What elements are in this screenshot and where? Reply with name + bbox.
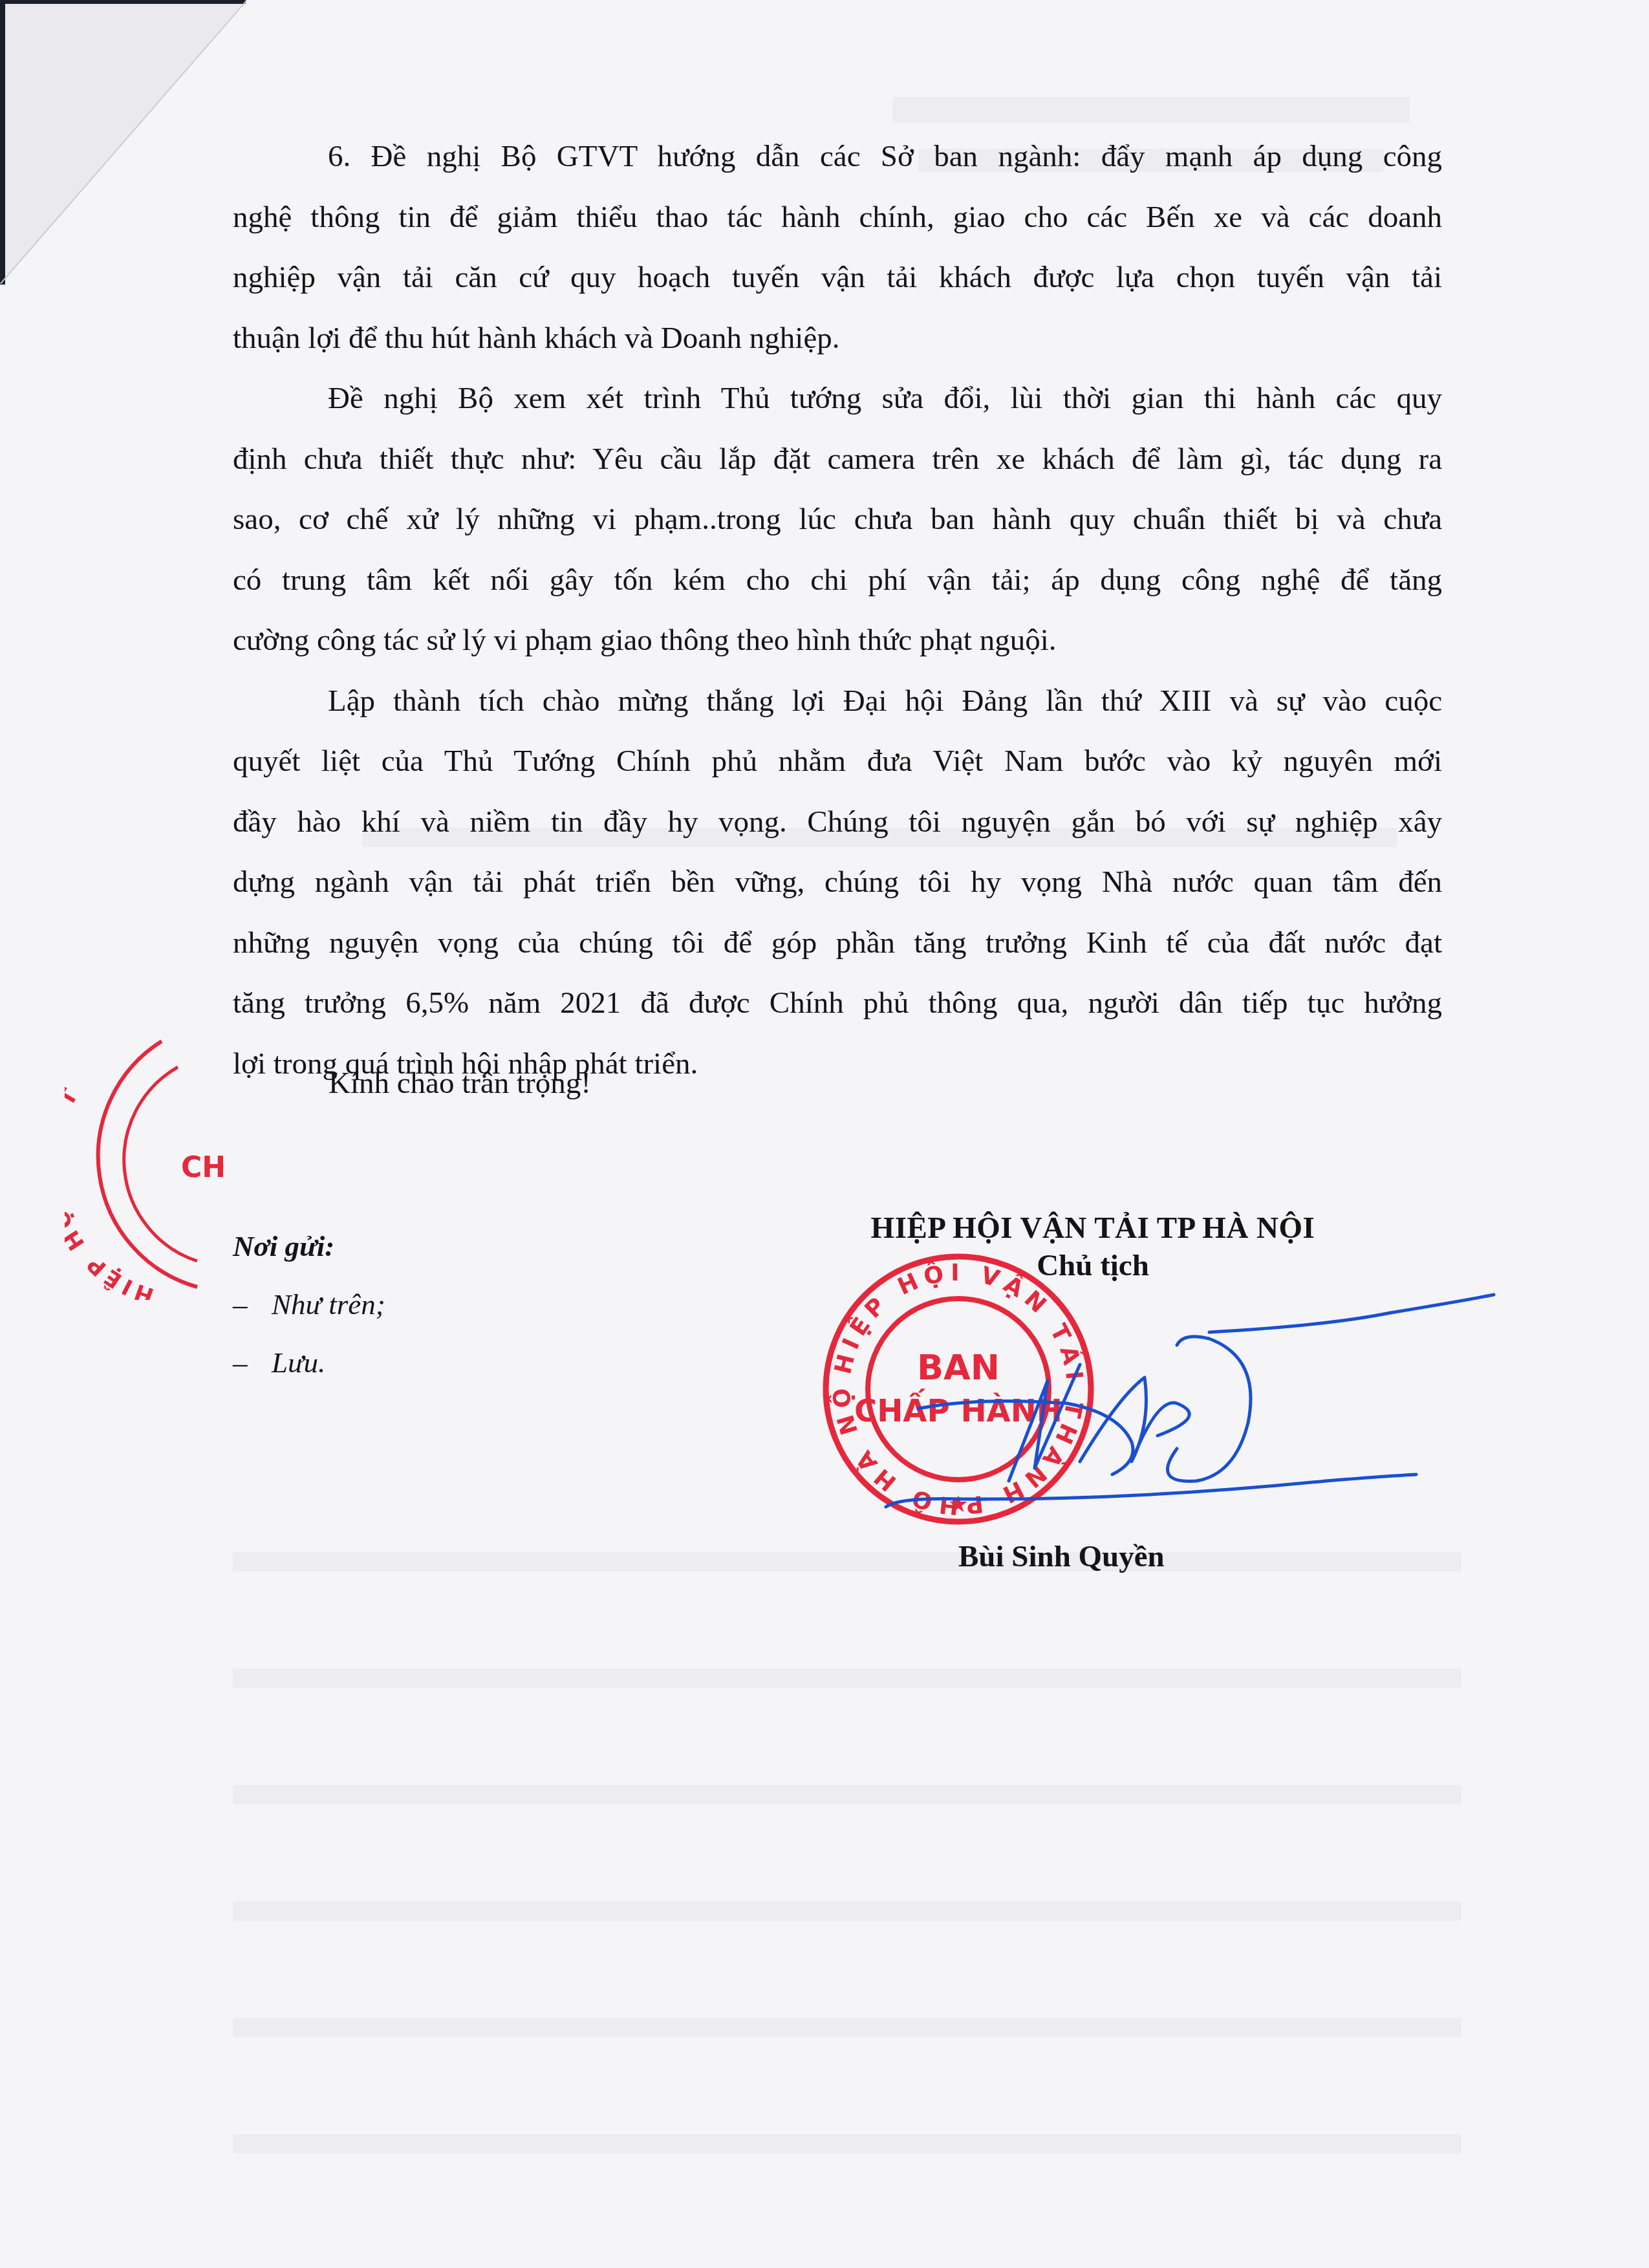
scanned-page: 6. Đề nghị Bộ GTVT hướng dẫn các Sở ban … [0,0,1649,2268]
recipient-item: –Lưu. [233,1334,385,1392]
recipients-heading: Nơi gửi: [233,1217,385,1275]
text-line: quyết liệt của Thủ Tướng Chính phủ nhằm … [138,731,1442,792]
scan-border-top [0,0,246,4]
text-line: những nguyện vọng của chúng tôi để góp p… [138,913,1442,974]
text-line: sao, cơ chế xử lý những vi phạm..trong l… [138,490,1442,550]
bullet-dash: – [233,1275,272,1334]
bleed-through [233,1785,1461,1804]
scan-border-left [0,0,5,285]
text-line: nghệ thông tin để giảm thiểu thao tác hà… [138,188,1442,248]
text-line: Lập thành tích chào mừng thắng lợi Đại h… [233,671,1442,732]
text-line: đầy hào khí và niềm tin đầy hy vọng. Chú… [138,792,1442,853]
text-line: có trung tâm kết nối gây tốn kém cho chi… [138,550,1442,611]
svg-text:HIỆP HỘI VẬN T: HIỆP HỘI VẬN T [65,1081,157,1300]
bleed-through [892,97,1410,123]
recipients-block: Nơi gửi: –Như trên; –Lưu. [233,1217,385,1392]
paragraph-6: 6. Đề nghị Bộ GTVT hướng dẫn các Sở ban … [233,127,1442,369]
text-line: dựng ngành vận tải phát triển bền vững, … [138,852,1442,913]
bleed-through [233,2134,1461,2154]
bullet-dash: – [233,1334,272,1392]
text-line: định chưa thiết thực như: Yêu cầu lắp đặ… [138,429,1442,490]
letter-body: 6. Đề nghị Bộ GTVT hướng dẫn các Sở ban … [233,127,1442,1094]
text-line: 6. Đề nghị Bộ GTVT hướng dẫn các Sở ban … [233,127,1442,188]
organization-name: HIỆP HỘI VẬN TẢI TP HÀ NỘI [841,1211,1345,1246]
recipient-label: Lưu. [272,1346,325,1379]
text-line: Đề nghị Bộ xem xét trình Thủ tướng sửa đ… [233,369,1442,429]
text-line: tăng trưởng 6,5% năm 2021 đã được Chính … [138,973,1442,1034]
bleed-through [233,1901,1461,1921]
text-line: cường công tác sử lý vi phạm giao thông … [138,610,1442,671]
bleed-through [233,1669,1461,1688]
paragraph-achievement: Lập thành tích chào mừng thắng lợi Đại h… [233,671,1442,1095]
edge-seal-stamp: HIỆP HỘI VẬN T CH [65,1028,233,1300]
signer-name: Bùi Sinh Quyền [958,1539,1165,1574]
edge-stamp-text: HIỆP HỘI VẬN T [65,1081,157,1300]
recipient-label: Như trên; [272,1288,385,1321]
bleed-through [233,2018,1461,2037]
closing-salutation: Kính chào trân trọng! [329,1066,591,1101]
handwritten-signature [873,1268,1520,1539]
edge-stamp-fragment: CH [181,1151,226,1184]
recipient-item: –Như trên; [233,1275,385,1334]
bleed-through [233,1552,1461,1571]
paragraph-proposal: Đề nghị Bộ xem xét trình Thủ tướng sửa đ… [233,369,1442,671]
text-line: thuận lợi để thu hút hành khách và Doanh… [138,308,1442,369]
text-line: nghiệp vận tải căn cứ quy hoạch tuyến vậ… [138,248,1442,308]
